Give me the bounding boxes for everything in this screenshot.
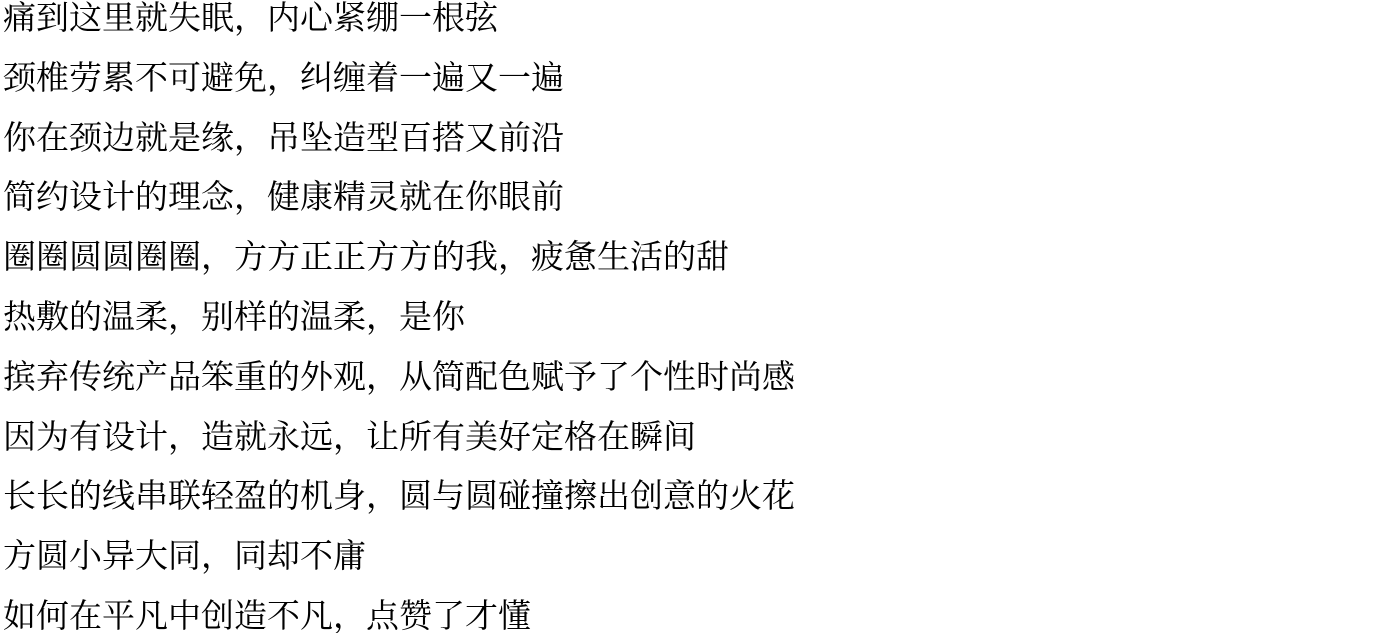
text-line: 长长的线串联轻盈的机身，圆与圆碰撞擦出创意的火花 (3, 479, 795, 512)
text-line: 痛到这里就失眠，内心紧绷一根弦 (3, 1, 498, 34)
text-line: 圈圈圆圆圈圈，方方正正方方的我，疲惫生活的甜 (3, 240, 729, 273)
text-document-page: 痛到这里就失眠，内心紧绷一根弦颈椎劳累不可避免，纠缠着一遍又一遍你在颈边就是缘，… (0, 0, 1400, 633)
text-line: 简约设计的理念，健康精灵就在你眼前 (3, 180, 564, 213)
text-line: 颈椎劳累不可避免，纠缠着一遍又一遍 (3, 61, 564, 94)
text-line: 因为有设计，造就永远，让所有美好定格在瞬间 (3, 420, 696, 453)
text-line: 方圆小异大同，同却不庸 (3, 539, 366, 572)
text-line: 如何在平凡中创造不凡，点赞了才懂 (3, 599, 531, 632)
text-line: 你在颈边就是缘，吊坠造型百搭又前沿 (3, 121, 564, 154)
text-line: 热敷的温柔，别样的温柔，是你 (3, 300, 465, 333)
text-line: 摈弃传统产品笨重的外观，从简配色赋予了个性时尚感 (3, 360, 795, 393)
